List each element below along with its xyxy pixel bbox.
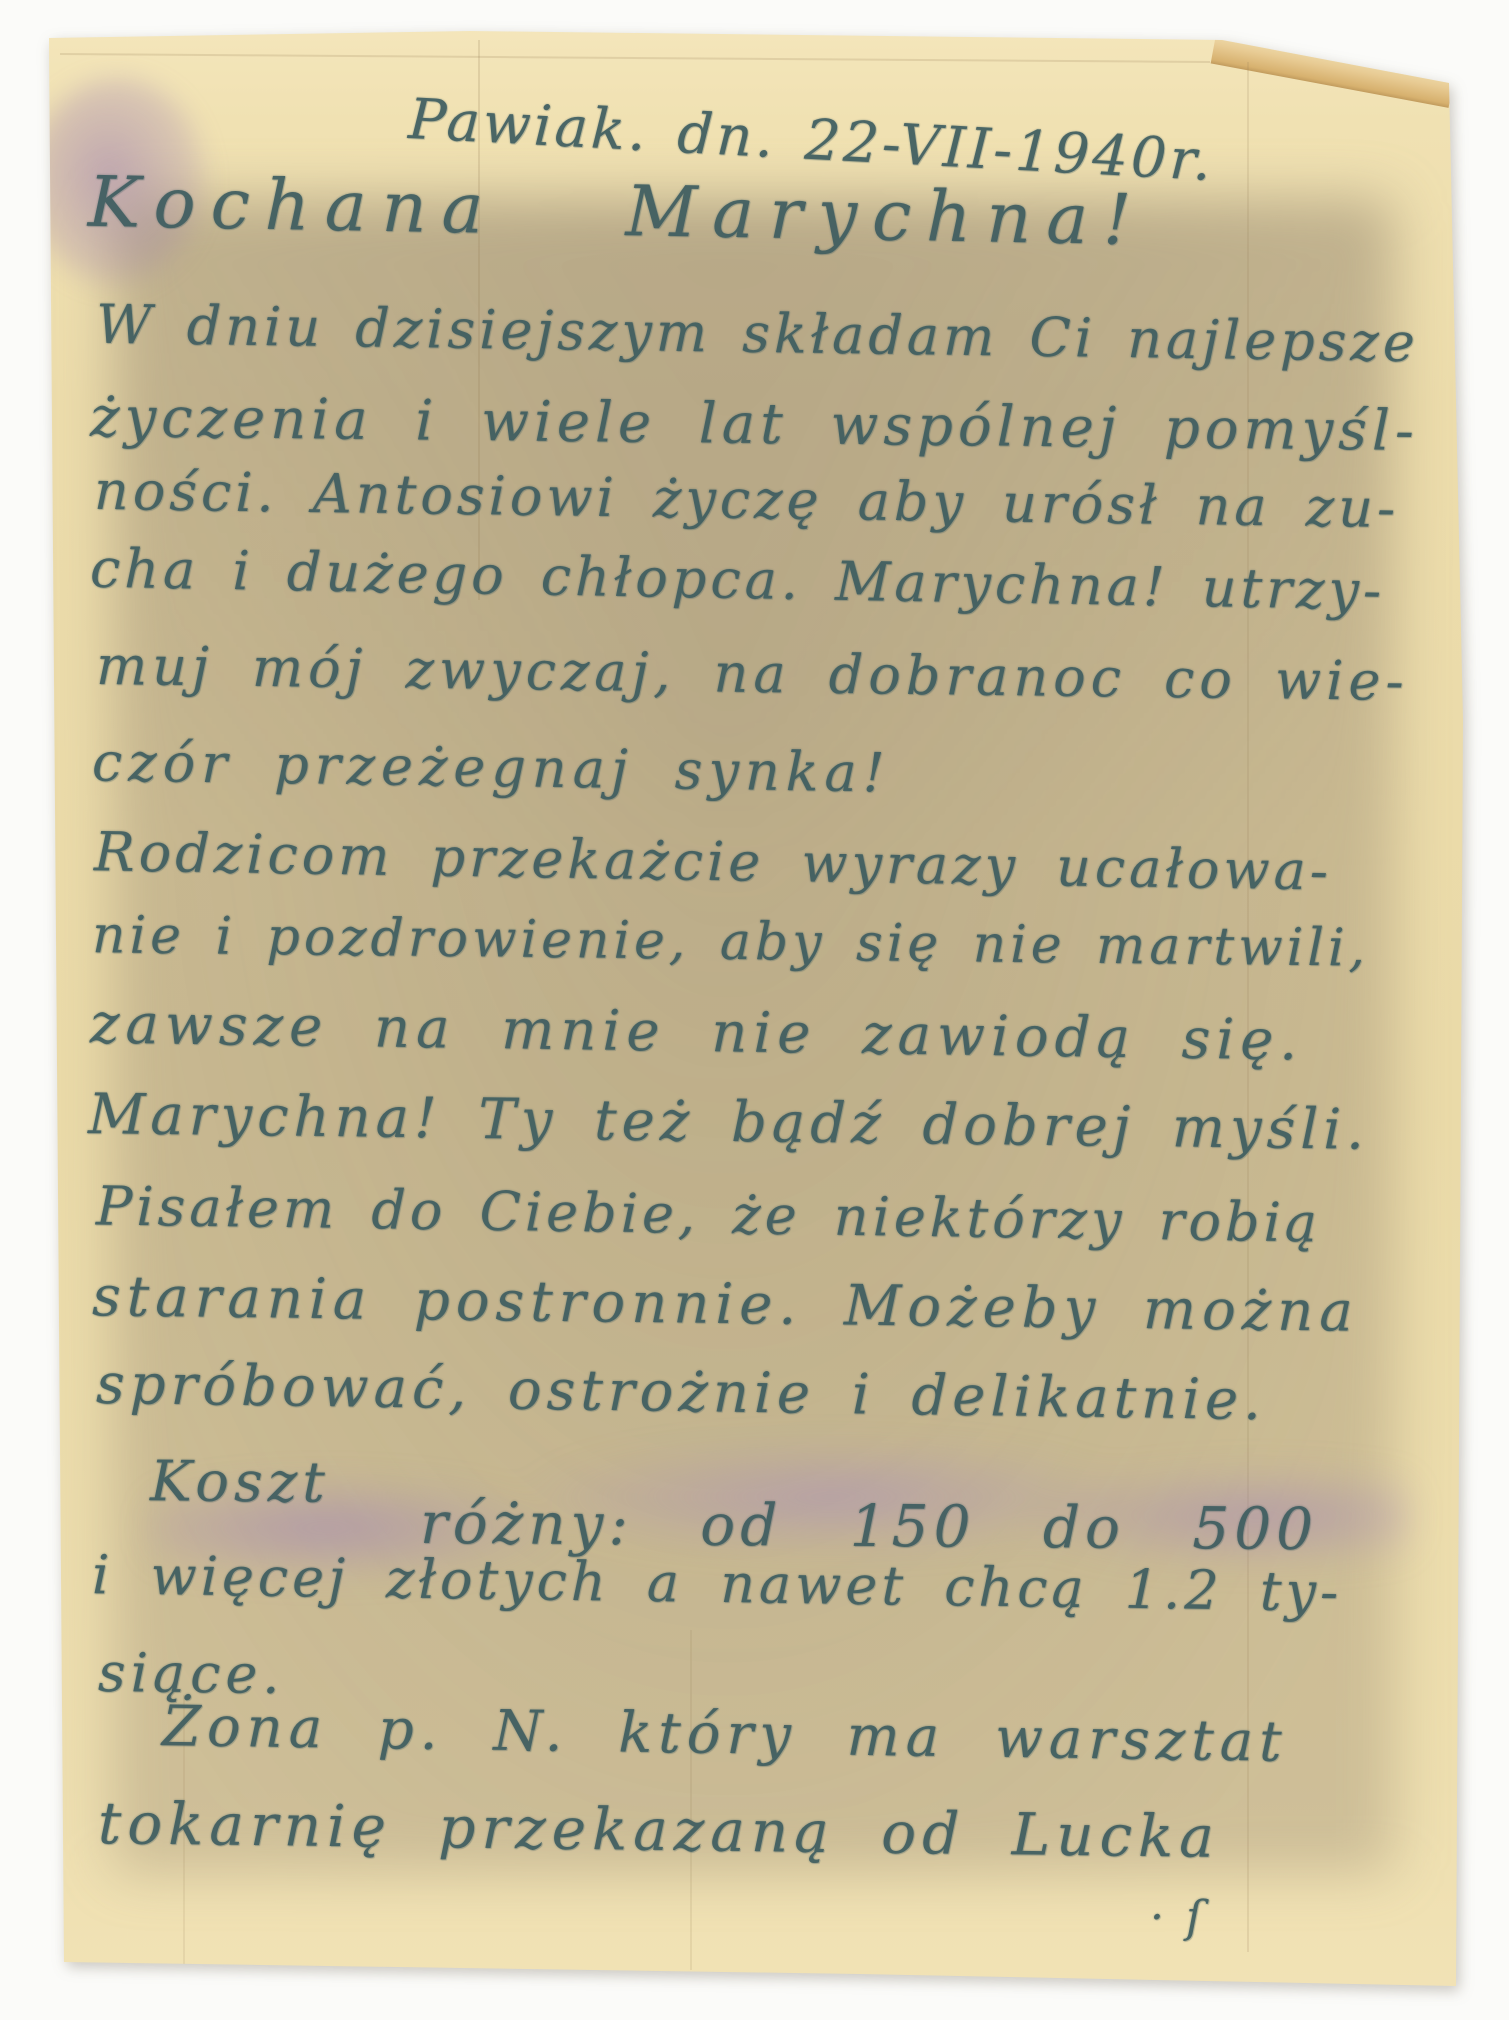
flourish-mark: · ſ — [1150, 1892, 1206, 1943]
letter-line-14: Koszt — [150, 1449, 330, 1516]
letter-line-6: czór przeżegnaj synka! — [92, 730, 891, 804]
letter-scan: Pawiak. dn. 22-VII-1940r. Kochana Marych… — [0, 0, 1509, 2020]
letter-paper: Pawiak. dn. 22-VII-1940r. Kochana Marych… — [0, 0, 1509, 2020]
paper-shadow: Pawiak. dn. 22-VII-1940r. Kochana Marych… — [0, 0, 1509, 2020]
paper-crease — [60, 53, 1210, 63]
letter-line-19: tokarnię przekazaną od Lucka — [98, 1789, 1221, 1871]
letter-line-2: życzenia i wiele lat wspólnej pomyśl- — [90, 385, 1419, 464]
